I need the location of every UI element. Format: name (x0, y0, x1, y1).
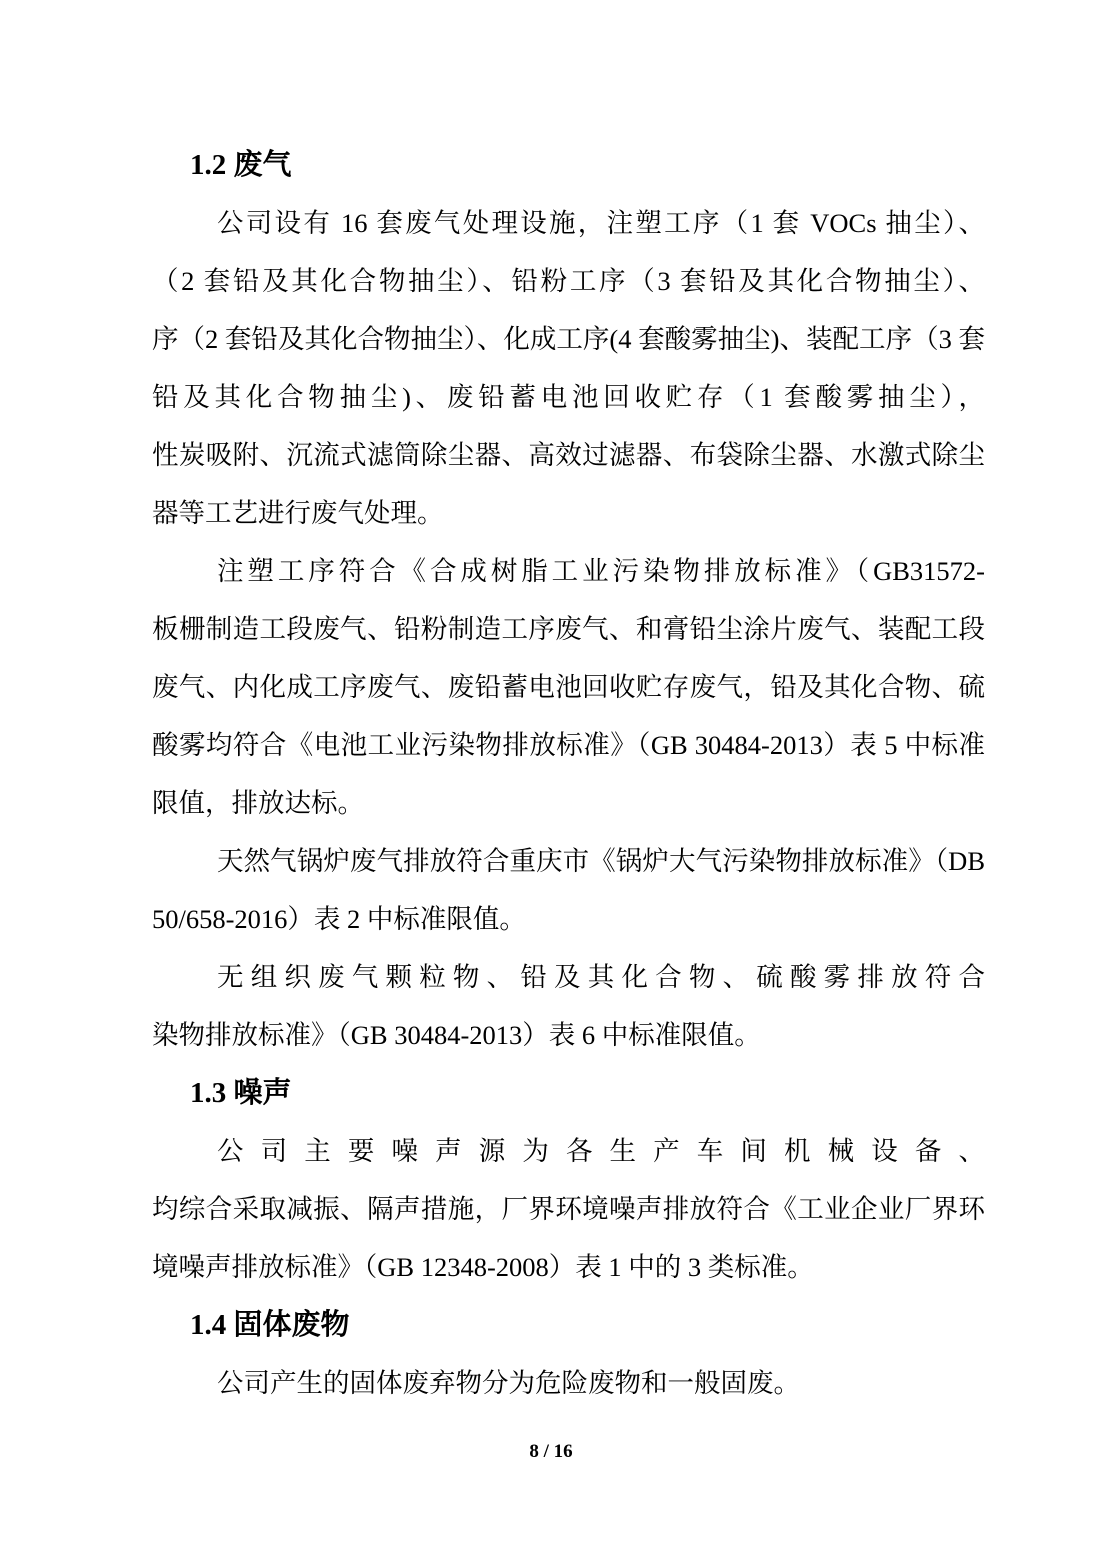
body-line: 铅及其化合物抽尘)、废铅蓄电池回收贮存（1 套酸雾抽尘），主要采用活 (152, 368, 985, 426)
body-line: 公司主要噪声源为各生产车间机械设备、除尘排风设施等配套风机， (152, 1122, 985, 1180)
body-line: 天然气锅炉废气排放符合重庆市《锅炉大气污染物排放标准》（DB (152, 832, 985, 890)
body-line: 序（2 套铅及其化合物抽尘）、化成工序(4 套酸雾抽尘)、装配工序（3 套 (152, 310, 985, 368)
page-number: 8 / 16 (0, 1440, 1102, 1464)
body-line: 均综合采取减振、隔声措施，厂界环境噪声排放符合《工业企业厂界环 (152, 1180, 985, 1238)
body-line: 染物排放标准》（GB 30484-2013）表 6 中标准限值。 (152, 1006, 985, 1064)
body-line: 限值，排放达标。 (152, 774, 985, 832)
body-line: 板栅制造工段废气、铅粉制造工序废气、和膏铅尘涂片废气、装配工段 (152, 600, 985, 658)
body-line: 境噪声排放标准》（GB 12348-2008）表 1 中的 3 类标准。 (152, 1238, 985, 1296)
body-line: 废气、内化成工序废气、废铅蓄电池回收贮存废气，铅及其化合物、硫 (152, 658, 985, 716)
body-line: 公司设有 16 套废气处理设施，注塑工序（1 套 VOCs 抽尘）、铸板工序 (152, 194, 985, 252)
heading-solid-waste: 1.4 固体废物 (152, 1296, 985, 1354)
body-line: 无组织废气颗粒物、铅及其化合物、硫酸雾排放符合《电池工业污 (152, 948, 985, 1006)
document-body: 1.2 废气 公司设有 16 套废气处理设施，注塑工序（1 套 VOCs 抽尘）… (152, 136, 985, 1412)
body-line: 50/658-2016）表 2 中标准限值。 (152, 890, 985, 948)
document-page: 1.2 废气 公司设有 16 套废气处理设施，注塑工序（1 套 VOCs 抽尘）… (0, 0, 1102, 1559)
body-line: （2 套铅及其化合物抽尘）、铅粉工序（3 套铅及其化合物抽尘）、合膏工 (152, 252, 985, 310)
body-line: 性炭吸附、沉流式滤筒除尘器、高效过滤器、布袋除尘器、水激式除尘 (152, 426, 985, 484)
body-line: 酸雾均符合《电池工业污染物排放标准》（GB 30484-2013）表 5 中标准 (152, 716, 985, 774)
body-line: 注塑工序符合《合成树脂工业污染物排放标准》（GB31572-2015）、 (152, 542, 985, 600)
body-line: 公司产生的固体废弃物分为危险废物和一般固废。 (152, 1354, 985, 1412)
body-line: 器等工艺进行废气处理。 (152, 484, 985, 542)
heading-waste-gas: 1.2 废气 (152, 136, 985, 194)
heading-noise: 1.3 噪声 (152, 1064, 985, 1122)
